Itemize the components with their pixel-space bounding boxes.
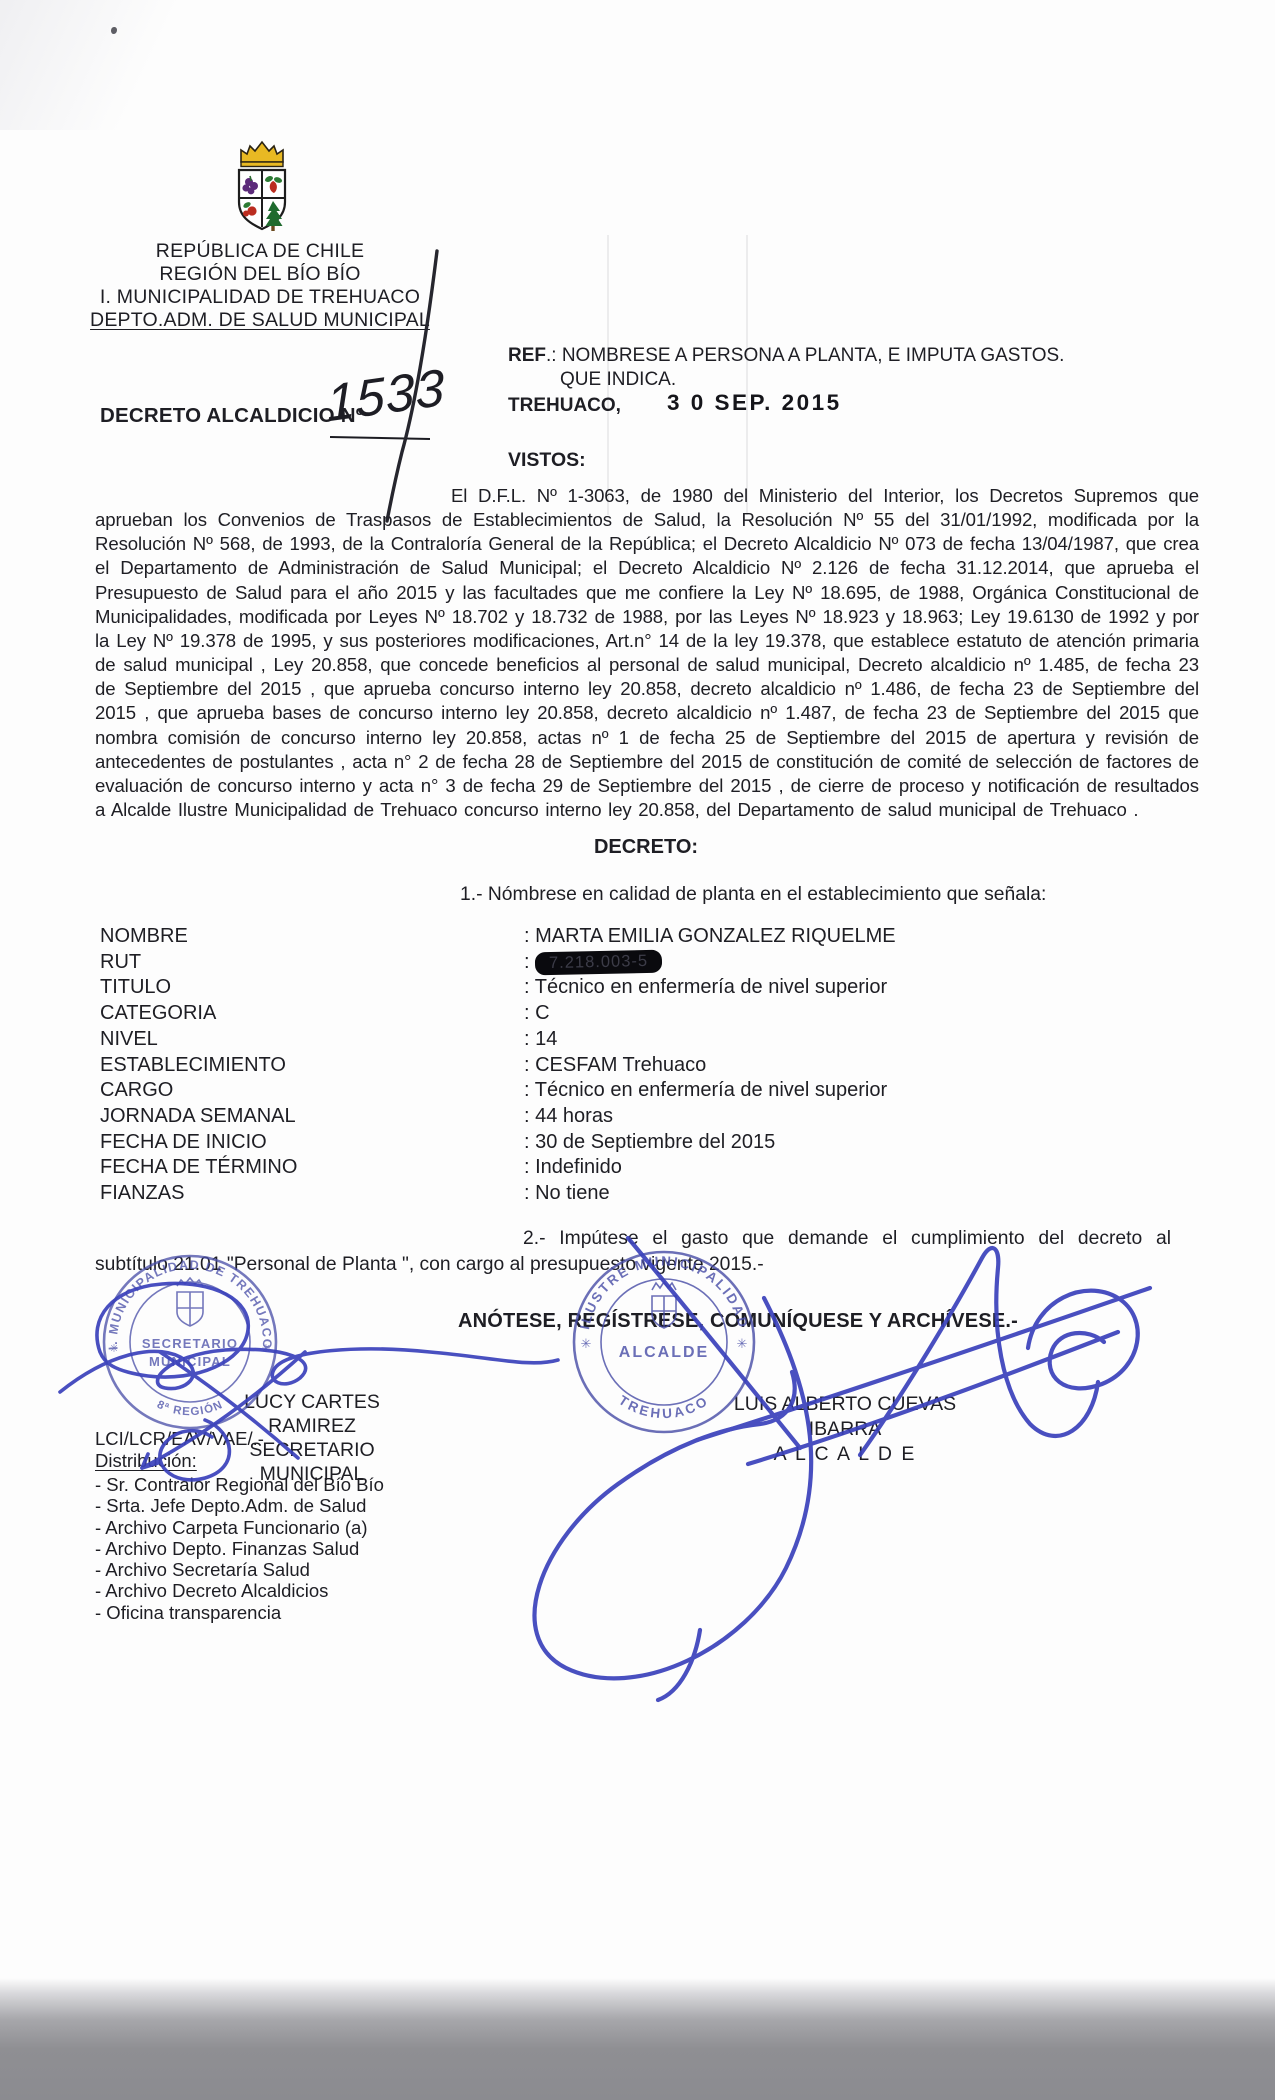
field-value: : No tiene <box>524 1182 610 1204</box>
redacted-rut: 7.218.003-5 <box>549 952 648 972</box>
table-row: CARGO: Técnico en enfermería de nivel su… <box>100 1078 896 1104</box>
letterhead-municipality: I. MUNICIPALIDAD DE TREHUACO <box>70 286 450 309</box>
field-label: JORNADA SEMANAL <box>100 1104 524 1130</box>
municipal-coat-of-arms <box>226 138 298 234</box>
secretary-stamp-center-line2: MUNICIPAL <box>149 1354 231 1369</box>
redaction-bar: 7.218.003-5 <box>535 950 663 976</box>
ref-subject-text: .: NOMBRESE A PERSONA A PLANTA, E IMPUTA… <box>546 345 1064 366</box>
secretary-stamp-star-right: ✳ <box>261 1343 270 1355</box>
field-value: : MARTA EMILIA GONZALEZ RIQUELME <box>524 925 896 947</box>
initials-line: LCI/LCR/EAV/VAE/.- <box>95 1428 264 1450</box>
scan-corner-shade <box>0 0 340 130</box>
field-label: FIANZAS <box>100 1181 524 1207</box>
distribution-list: - Sr. Contralor Regional del Bío Bío - S… <box>95 1474 384 1623</box>
mayor-pen-signature <box>535 1238 1150 1700</box>
place-date-line: TREHUACO,3 0 SEP. 2015 <box>508 392 1108 418</box>
field-value: : Técnico en enfermería de nivel superio… <box>524 1079 887 1101</box>
field-label: CATEGORIA <box>100 1001 524 1027</box>
ref-subject-line2: QUE INDICA. <box>560 368 1108 392</box>
vistos-label: VISTOS: <box>508 449 586 472</box>
distribution-item: - Archivo Secretaría Salud <box>95 1559 384 1580</box>
mayor-stamp-star-right: ✳ <box>737 1336 748 1351</box>
secretary-stamp-star-left: ✳ <box>109 1343 118 1355</box>
distribution-item: - Archivo Carpeta Funcionario (a) <box>95 1517 384 1538</box>
table-row: RUT: 7.218.003-5 <box>100 950 896 976</box>
mayor-title: A L C A L D E <box>695 1442 995 1467</box>
decree-number-label: DECRETO ALCALDICIO Nº <box>100 404 363 428</box>
letterhead-country: REPÚBLICA DE CHILE <box>70 240 450 263</box>
field-value: : <box>524 951 535 973</box>
mayor-stamp-center-text: ALCALDE <box>619 1344 709 1361</box>
decreto-item-2-line-1: 2.- Impútese el gasto que demande el cum… <box>523 1228 1171 1250</box>
handwritten-decree-number: 1533 <box>326 358 447 435</box>
vistos-paragraph: El D.F.L. Nº 1-3063, de 1980 del Ministe… <box>95 484 1199 822</box>
field-value: : 14 <box>524 1028 557 1050</box>
field-value: : Técnico en enfermería de nivel superio… <box>524 976 887 998</box>
table-row: NIVEL: 14 <box>100 1027 896 1053</box>
scanned-decree-document: REPÚBLICA DE CHILE REGIÓN DEL BÍO BÍO I.… <box>0 0 1275 2100</box>
table-row: CATEGORIA: C <box>100 1001 896 1027</box>
table-row: NOMBRE: MARTA EMILIA GONZALEZ RIQUELME <box>100 924 896 950</box>
mayor-stamp-star-left: ✳ <box>581 1336 592 1351</box>
mayor-signature-block: LUIS ALBERTO CUEVAS IBARRA A L C A L D E <box>695 1392 995 1467</box>
field-label: TITULO <box>100 975 524 1001</box>
letterhead: REPÚBLICA DE CHILE REGIÓN DEL BÍO BÍO I.… <box>70 240 450 332</box>
ref-subject-line: REF.: NOMBRESE A PERSONA A PLANTA, E IMP… <box>508 344 1108 368</box>
distribution-item: - Sr. Contralor Regional del Bío Bío <box>95 1474 384 1495</box>
closing-order: ANÓTESE, REGÍSTRESE, COMUNÍQUESE Y ARCHÍ… <box>458 1310 1018 1333</box>
letterhead-region: REGIÓN DEL BÍO BÍO <box>70 263 450 286</box>
decreto-item-2-line-2: subtítulo 21.01 "Personal de Planta ", c… <box>95 1254 764 1276</box>
city-label: TREHUACO, <box>508 395 621 416</box>
field-label: NOMBRE <box>100 924 524 950</box>
distribution-item: - Archivo Depto. Finanzas Salud <box>95 1538 384 1559</box>
field-label: ESTABLECIMIENTO <box>100 1053 524 1079</box>
secretary-stamp-center-line1: SECRETARIO <box>142 1336 238 1351</box>
distribution-item: - Oficina transparencia <box>95 1602 384 1623</box>
field-label: RUT <box>100 950 524 976</box>
field-value: : 44 horas <box>524 1105 613 1127</box>
table-row: ESTABLECIMIENTO: CESFAM Trehuaco <box>100 1053 896 1079</box>
mayor-name: LUIS ALBERTO CUEVAS IBARRA <box>695 1392 995 1442</box>
distribution-title: Distribución: <box>95 1450 197 1472</box>
field-label: FECHA DE INICIO <box>100 1130 524 1156</box>
letterhead-department: DEPTO.ADM. DE SALUD MUNICIPAL <box>70 309 450 332</box>
decreto-item-1: 1.- Nómbrese en calidad de planta en el … <box>460 884 1046 906</box>
scan-bottom-band <box>0 1978 1275 2100</box>
field-label: CARGO <box>100 1078 524 1104</box>
field-value: : C <box>524 1002 550 1024</box>
table-row: JORNADA SEMANAL: 44 horas <box>100 1104 896 1130</box>
field-label: FECHA DE TÉRMINO <box>100 1155 524 1181</box>
decreto-title: DECRETO: <box>95 836 1197 859</box>
distribution-item: - Srta. Jefe Depto.Adm. de Salud <box>95 1495 384 1516</box>
field-value: : CESFAM Trehuaco <box>524 1054 706 1076</box>
distribution-item: - Archivo Decreto Alcaldicios <box>95 1580 384 1601</box>
field-value: : Indefinido <box>524 1156 622 1178</box>
table-row: TITULO: Técnico en enfermería de nivel s… <box>100 975 896 1001</box>
decree-number-underline <box>330 436 430 440</box>
table-row: FECHA DE TÉRMINO: Indefinido <box>100 1155 896 1181</box>
field-value: : 30 de Septiembre del 2015 <box>524 1131 775 1153</box>
table-row: FIANZAS: No tiene <box>100 1181 896 1207</box>
date-stamp: 3 0 SEP. 2015 <box>667 391 842 415</box>
ref-label: REF <box>508 345 546 366</box>
table-row: FECHA DE INICIO: 30 de Septiembre del 20… <box>100 1130 896 1156</box>
appointment-table: NOMBRE: MARTA EMILIA GONZALEZ RIQUELME R… <box>100 924 896 1207</box>
field-label: NIVEL <box>100 1027 524 1053</box>
reference-block: REF.: NOMBRESE A PERSONA A PLANTA, E IMP… <box>508 344 1108 418</box>
